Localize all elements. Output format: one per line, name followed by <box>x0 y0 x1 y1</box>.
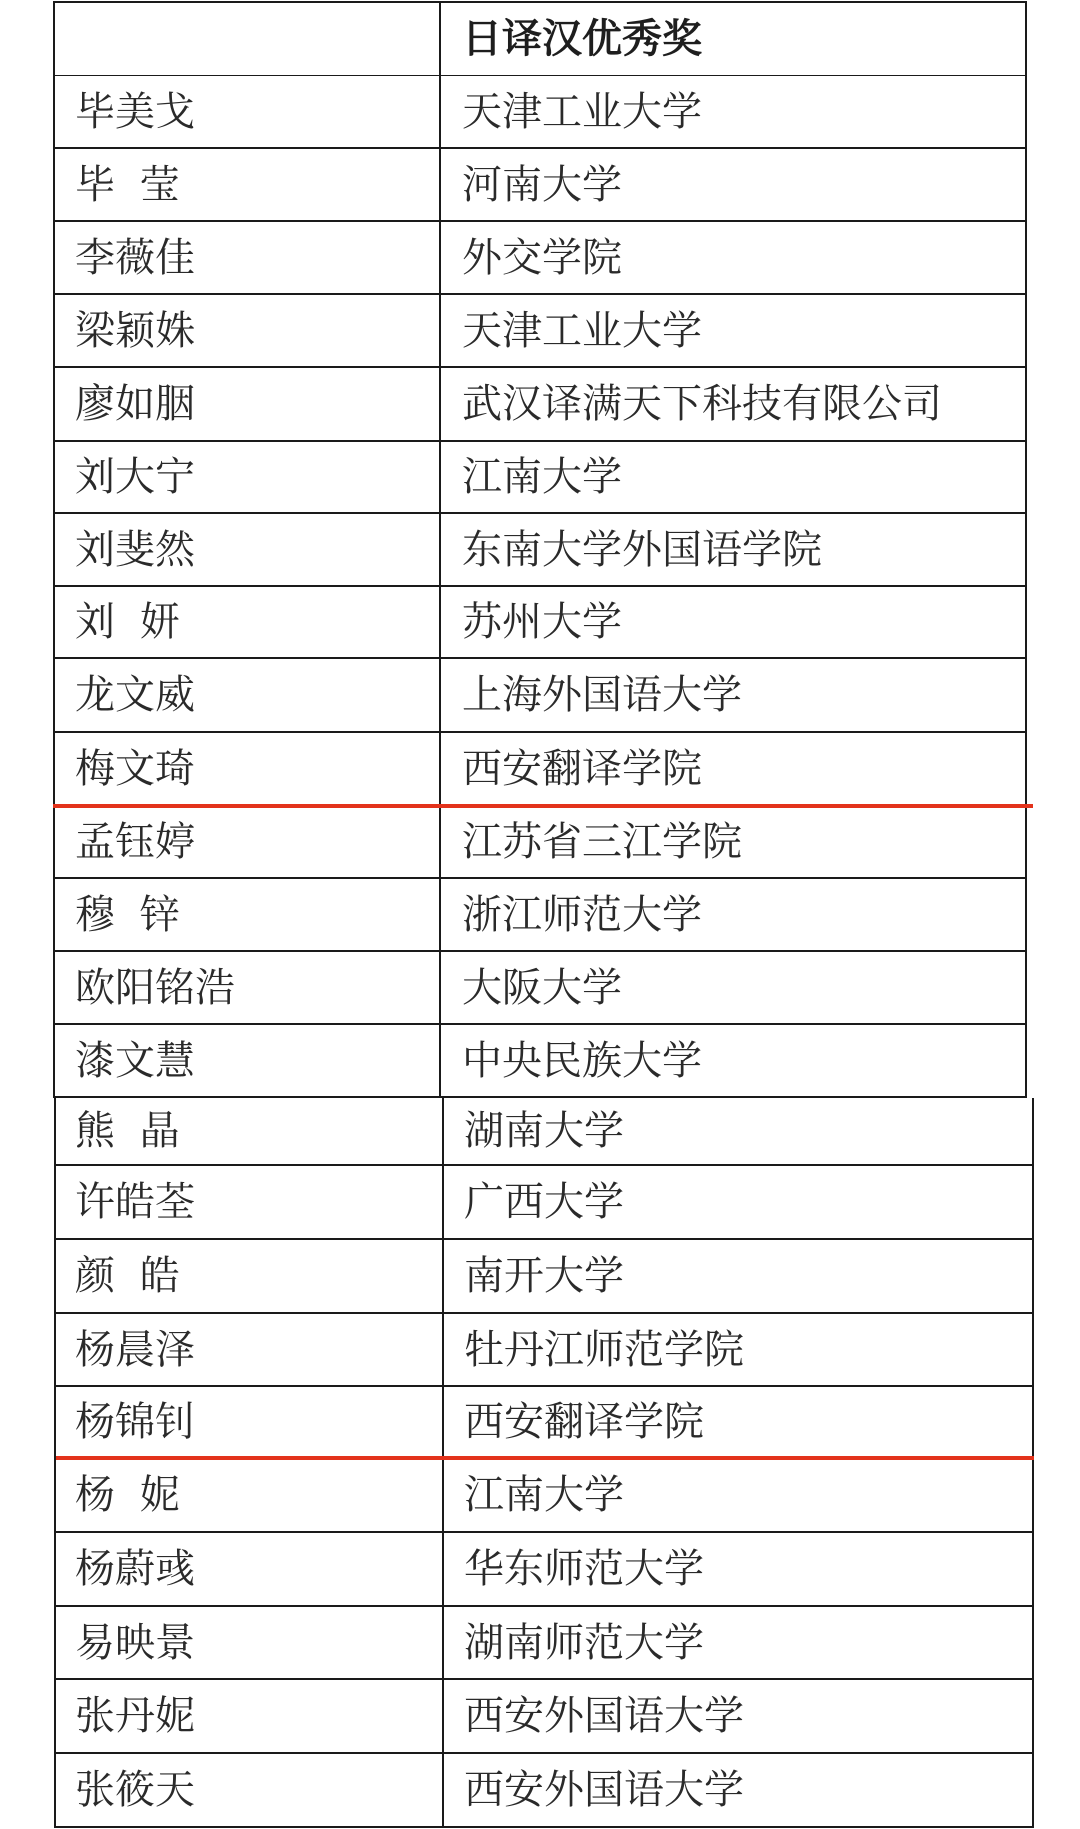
table-row: 梁颖姝 天津工业大学 <box>53 295 1027 368</box>
winner-institution: 天津工业大学 <box>441 76 1025 147</box>
winner-name: 杨锦钊 <box>56 1387 444 1457</box>
winner-name: 刘大宁 <box>55 442 441 512</box>
winner-name: 颜 皓 <box>56 1240 444 1312</box>
red-separator-line <box>53 804 1033 808</box>
winner-name: 易映景 <box>56 1607 444 1678</box>
winner-name: 刘斐然 <box>55 514 441 585</box>
winner-name: 廖如胭 <box>55 368 441 440</box>
table-row: 欧阳铭浩 大阪大学 <box>53 952 1027 1025</box>
table-row: 张筱天 西安外国语大学 <box>54 1754 1034 1828</box>
table-row: 杨晨泽 牡丹江师范学院 <box>54 1314 1034 1387</box>
award-table: 日译汉优秀奖 毕美戈 天津工业大学 毕 莹 河南大学 李薇佳 外交学院 梁颖姝 … <box>0 0 1080 1829</box>
winner-institution: 苏州大学 <box>441 587 1025 657</box>
winner-institution: 江南大学 <box>444 1459 1032 1531</box>
winner-name: 龙文威 <box>55 659 441 731</box>
winner-institution: 西安外国语大学 <box>444 1680 1032 1752</box>
winner-name: 许皓荃 <box>56 1166 444 1238</box>
table-row: 毕美戈 天津工业大学 <box>53 76 1027 149</box>
table-row: 刘斐然 东南大学外国语学院 <box>53 514 1027 587</box>
winner-name: 毕 莹 <box>55 149 441 220</box>
winner-institution: 华东师范大学 <box>444 1533 1032 1605</box>
winner-name: 穆 锌 <box>55 879 441 950</box>
winner-institution: 浙江师范大学 <box>441 879 1025 950</box>
winner-institution: 大阪大学 <box>441 952 1025 1023</box>
winner-name: 杨晨泽 <box>56 1314 444 1385</box>
table-row: 龙文威 上海外国语大学 <box>53 659 1027 733</box>
table-row: 廖如胭 武汉译满天下科技有限公司 <box>53 368 1027 442</box>
winner-name: 梅文琦 <box>55 733 441 804</box>
winner-institution: 南开大学 <box>444 1240 1032 1312</box>
winner-institution: 湖南师范大学 <box>444 1607 1032 1678</box>
winner-name: 毕美戈 <box>55 76 441 147</box>
table-row: 李薇佳 外交学院 <box>53 222 1027 295</box>
header-award-title: 日译汉优秀奖 <box>441 3 1025 75</box>
table-row: 刘大宁 江南大学 <box>53 442 1027 514</box>
winner-institution: 西安翻译学院 <box>444 1387 1032 1457</box>
table-row: 梅文琦 西安翻译学院 <box>53 733 1027 806</box>
winner-name: 杨蔚彧 <box>56 1533 444 1605</box>
winner-institution: 西安翻译学院 <box>441 733 1025 804</box>
table-header-row: 日译汉优秀奖 <box>53 1 1027 77</box>
winner-name: 梁颖姝 <box>55 295 441 366</box>
winner-name: 杨 妮 <box>56 1459 444 1531</box>
table-row: 穆 锌 浙江师范大学 <box>53 879 1027 952</box>
table-row: 杨蔚彧 华东师范大学 <box>54 1533 1034 1607</box>
table-row: 熊 晶 湖南大学 <box>54 1098 1034 1166</box>
winner-name: 刘 妍 <box>55 587 441 657</box>
winner-name: 熊 晶 <box>56 1098 444 1164</box>
header-name-column <box>55 3 441 75</box>
table-row: 孟钰婷 江苏省三江学院 <box>53 806 1027 879</box>
winner-name: 孟钰婷 <box>55 806 441 877</box>
winner-institution: 江苏省三江学院 <box>441 806 1025 877</box>
winner-name: 张丹妮 <box>56 1680 444 1752</box>
winner-institution: 天津工业大学 <box>441 295 1025 366</box>
winner-institution: 中央民族大学 <box>441 1025 1025 1096</box>
red-separator-line <box>56 1456 1034 1460</box>
table-row: 漆文慧 中央民族大学 <box>53 1025 1027 1098</box>
table-row: 张丹妮 西安外国语大学 <box>54 1680 1034 1754</box>
table-row: 许皓荃 广西大学 <box>54 1166 1034 1240</box>
table-row: 杨 妮 江南大学 <box>54 1459 1034 1533</box>
winner-institution: 武汉译满天下科技有限公司 <box>441 368 1025 440</box>
table-row: 毕 莹 河南大学 <box>53 149 1027 222</box>
table-row: 刘 妍 苏州大学 <box>53 587 1027 659</box>
winner-institution: 湖南大学 <box>444 1098 1032 1164</box>
winner-institution: 江南大学 <box>441 442 1025 512</box>
winner-name: 李薇佳 <box>55 222 441 293</box>
winner-institution: 上海外国语大学 <box>441 659 1025 731</box>
winner-name: 张筱天 <box>56 1754 444 1826</box>
winner-institution: 外交学院 <box>441 222 1025 293</box>
table-row: 杨锦钊 西安翻译学院 <box>54 1387 1034 1459</box>
winner-name: 漆文慧 <box>55 1025 441 1096</box>
winner-institution: 广西大学 <box>444 1166 1032 1238</box>
winner-name: 欧阳铭浩 <box>55 952 441 1023</box>
winner-institution: 西安外国语大学 <box>444 1754 1032 1826</box>
winner-institution: 河南大学 <box>441 149 1025 220</box>
winner-institution: 东南大学外国语学院 <box>441 514 1025 585</box>
winner-institution: 牡丹江师范学院 <box>444 1314 1032 1385</box>
table-row: 易映景 湖南师范大学 <box>54 1607 1034 1680</box>
table-row: 颜 皓 南开大学 <box>54 1240 1034 1314</box>
